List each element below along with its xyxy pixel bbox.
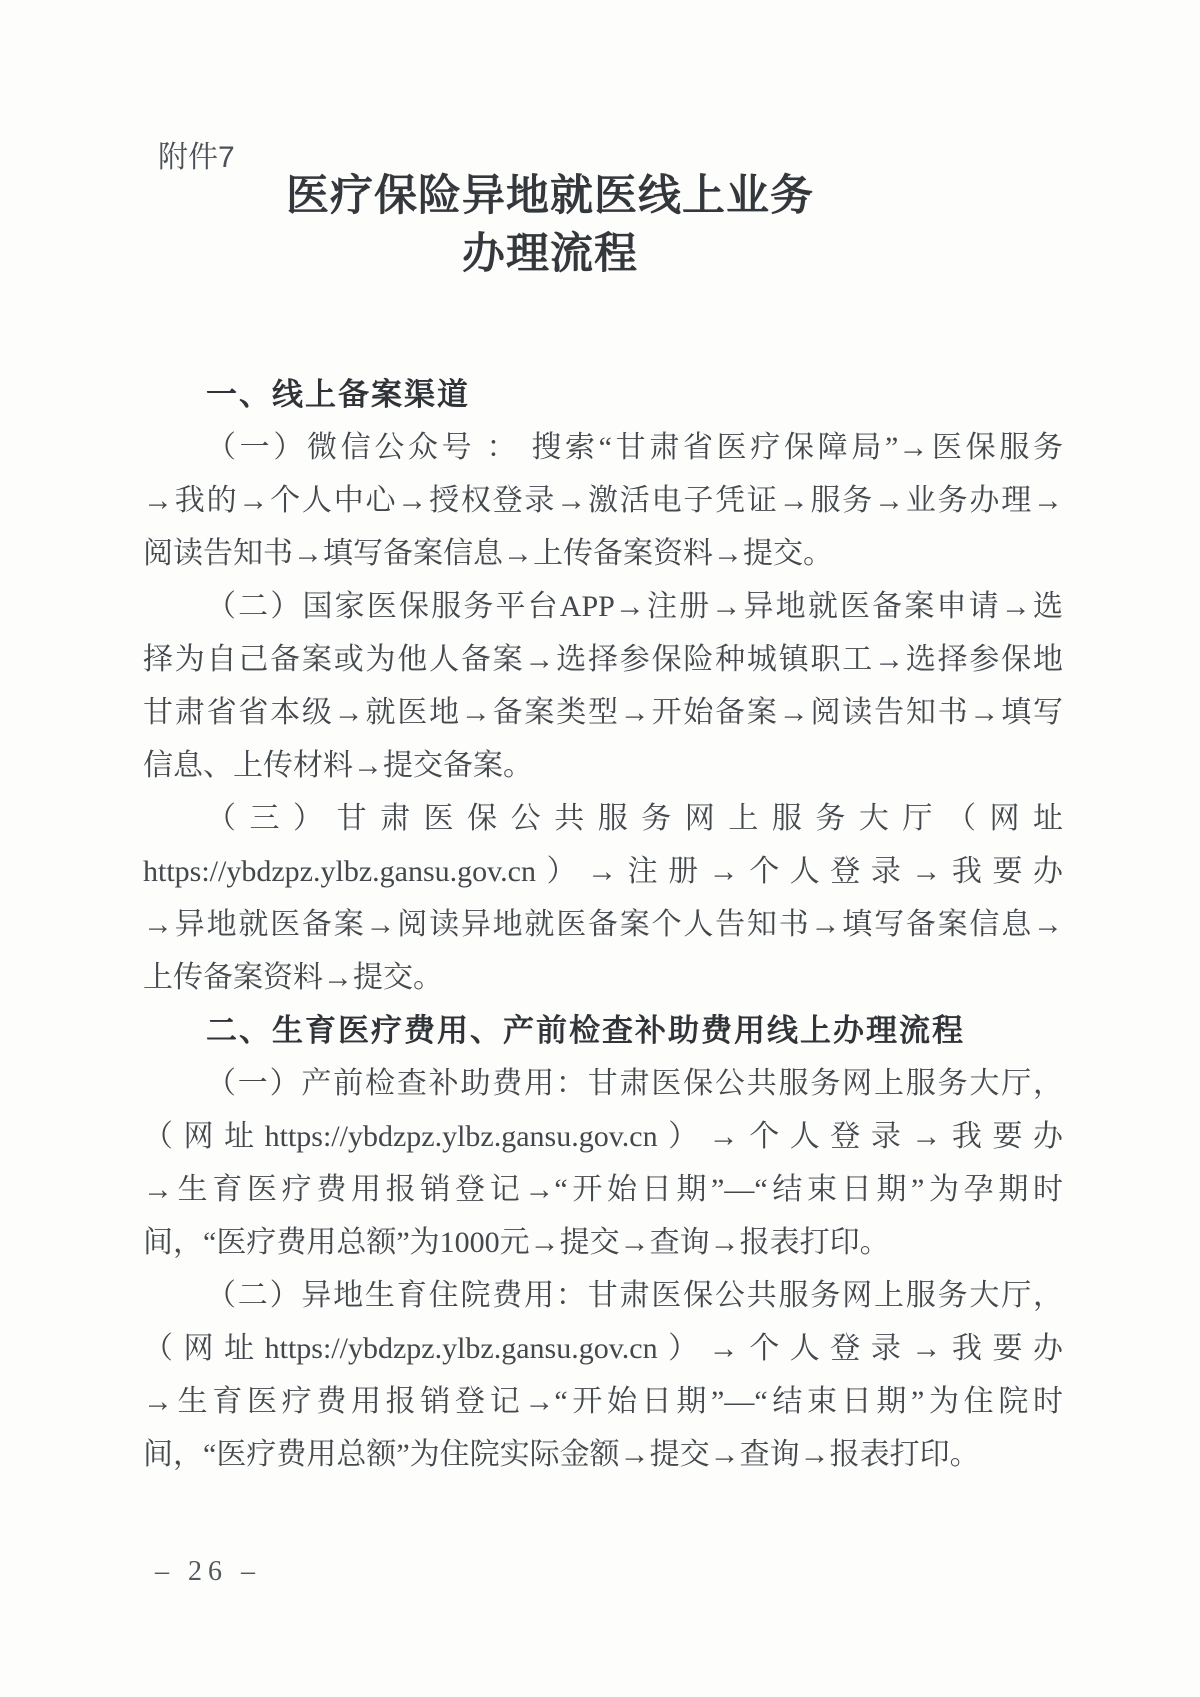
- section-1-heading: 一、线上备案渠道: [143, 368, 1063, 421]
- body-line document-url: （网址https://ybdzpz.ylbz.gansu.gov.cn）→个人登…: [143, 1322, 1063, 1375]
- document-title: 医疗保险异地就医线上业务 办理流程: [40, 168, 1060, 284]
- body-line: →我的→个人中心→授权登录→激活电子凭证→服务→业务办理→: [143, 474, 1063, 527]
- body-line: （三）甘肃医保公共服务网上服务大厅（网址: [143, 792, 1063, 845]
- body-line: 间，“医疗费用总额”为1000元→提交→查询→报表打印。: [143, 1216, 1063, 1269]
- body-line: 甘肃省省本级→就医地→备案类型→开始备案→阅读告知书→填写: [143, 686, 1063, 739]
- body-line: 择为自己备案或为他人备案→选择参保险种城镇职工→选择参保地: [143, 633, 1063, 686]
- document-page: 附件7 医疗保险异地就医线上业务 办理流程 一、线上备案渠道 （一）微信公众号 …: [0, 0, 1200, 1697]
- body-line: →生育医疗费用报销登记→“开始日期”—“结束日期”为住院时: [143, 1375, 1063, 1428]
- body-line: 阅读告知书→填写备案信息→上传备案资料→提交。: [143, 527, 1063, 580]
- body-line: →生育医疗费用报销登记→“开始日期”—“结束日期”为孕期时: [143, 1163, 1063, 1216]
- body-line: →异地就医备案→阅读异地就医备案个人告知书→填写备案信息→: [143, 898, 1063, 951]
- body-line: （二）国家医保服务平台APP→注册→异地就医备案申请→选: [143, 580, 1063, 633]
- body-line: （二）异地生育住院费用：甘肃医保公共服务网上服务大厅，: [143, 1269, 1063, 1322]
- document-body: 一、线上备案渠道 （一）微信公众号 ： 搜索“甘肃省医疗保障局”→医保服务 →我…: [143, 368, 1063, 1481]
- section-2-heading: 二、生育医疗费用、产前检查补助费用线上办理流程: [143, 1004, 1063, 1057]
- page-number: – 26 –: [155, 1556, 261, 1588]
- body-line: 信息、上传材料→提交备案。: [143, 739, 1063, 792]
- body-line: 上传备案资料→提交。: [143, 951, 1063, 1004]
- body-line: （一）微信公众号 ： 搜索“甘肃省医疗保障局”→医保服务: [143, 421, 1063, 474]
- document-title-line-2: 办理流程: [40, 226, 1060, 284]
- body-line document-url: （网址https://ybdzpz.ylbz.gansu.gov.cn）→个人登…: [143, 1110, 1063, 1163]
- document-title-line-1: 医疗保险异地就医线上业务: [40, 168, 1060, 226]
- body-line: （一）产前检查补助费用：甘肃医保公共服务网上服务大厅，: [143, 1057, 1063, 1110]
- body-line: 间，“医疗费用总额”为住院实际金额→提交→查询→报表打印。: [143, 1428, 1063, 1481]
- body-line document-url: https://ybdzpz.ylbz.gansu.gov.cn）→注册→个人登…: [143, 845, 1063, 898]
